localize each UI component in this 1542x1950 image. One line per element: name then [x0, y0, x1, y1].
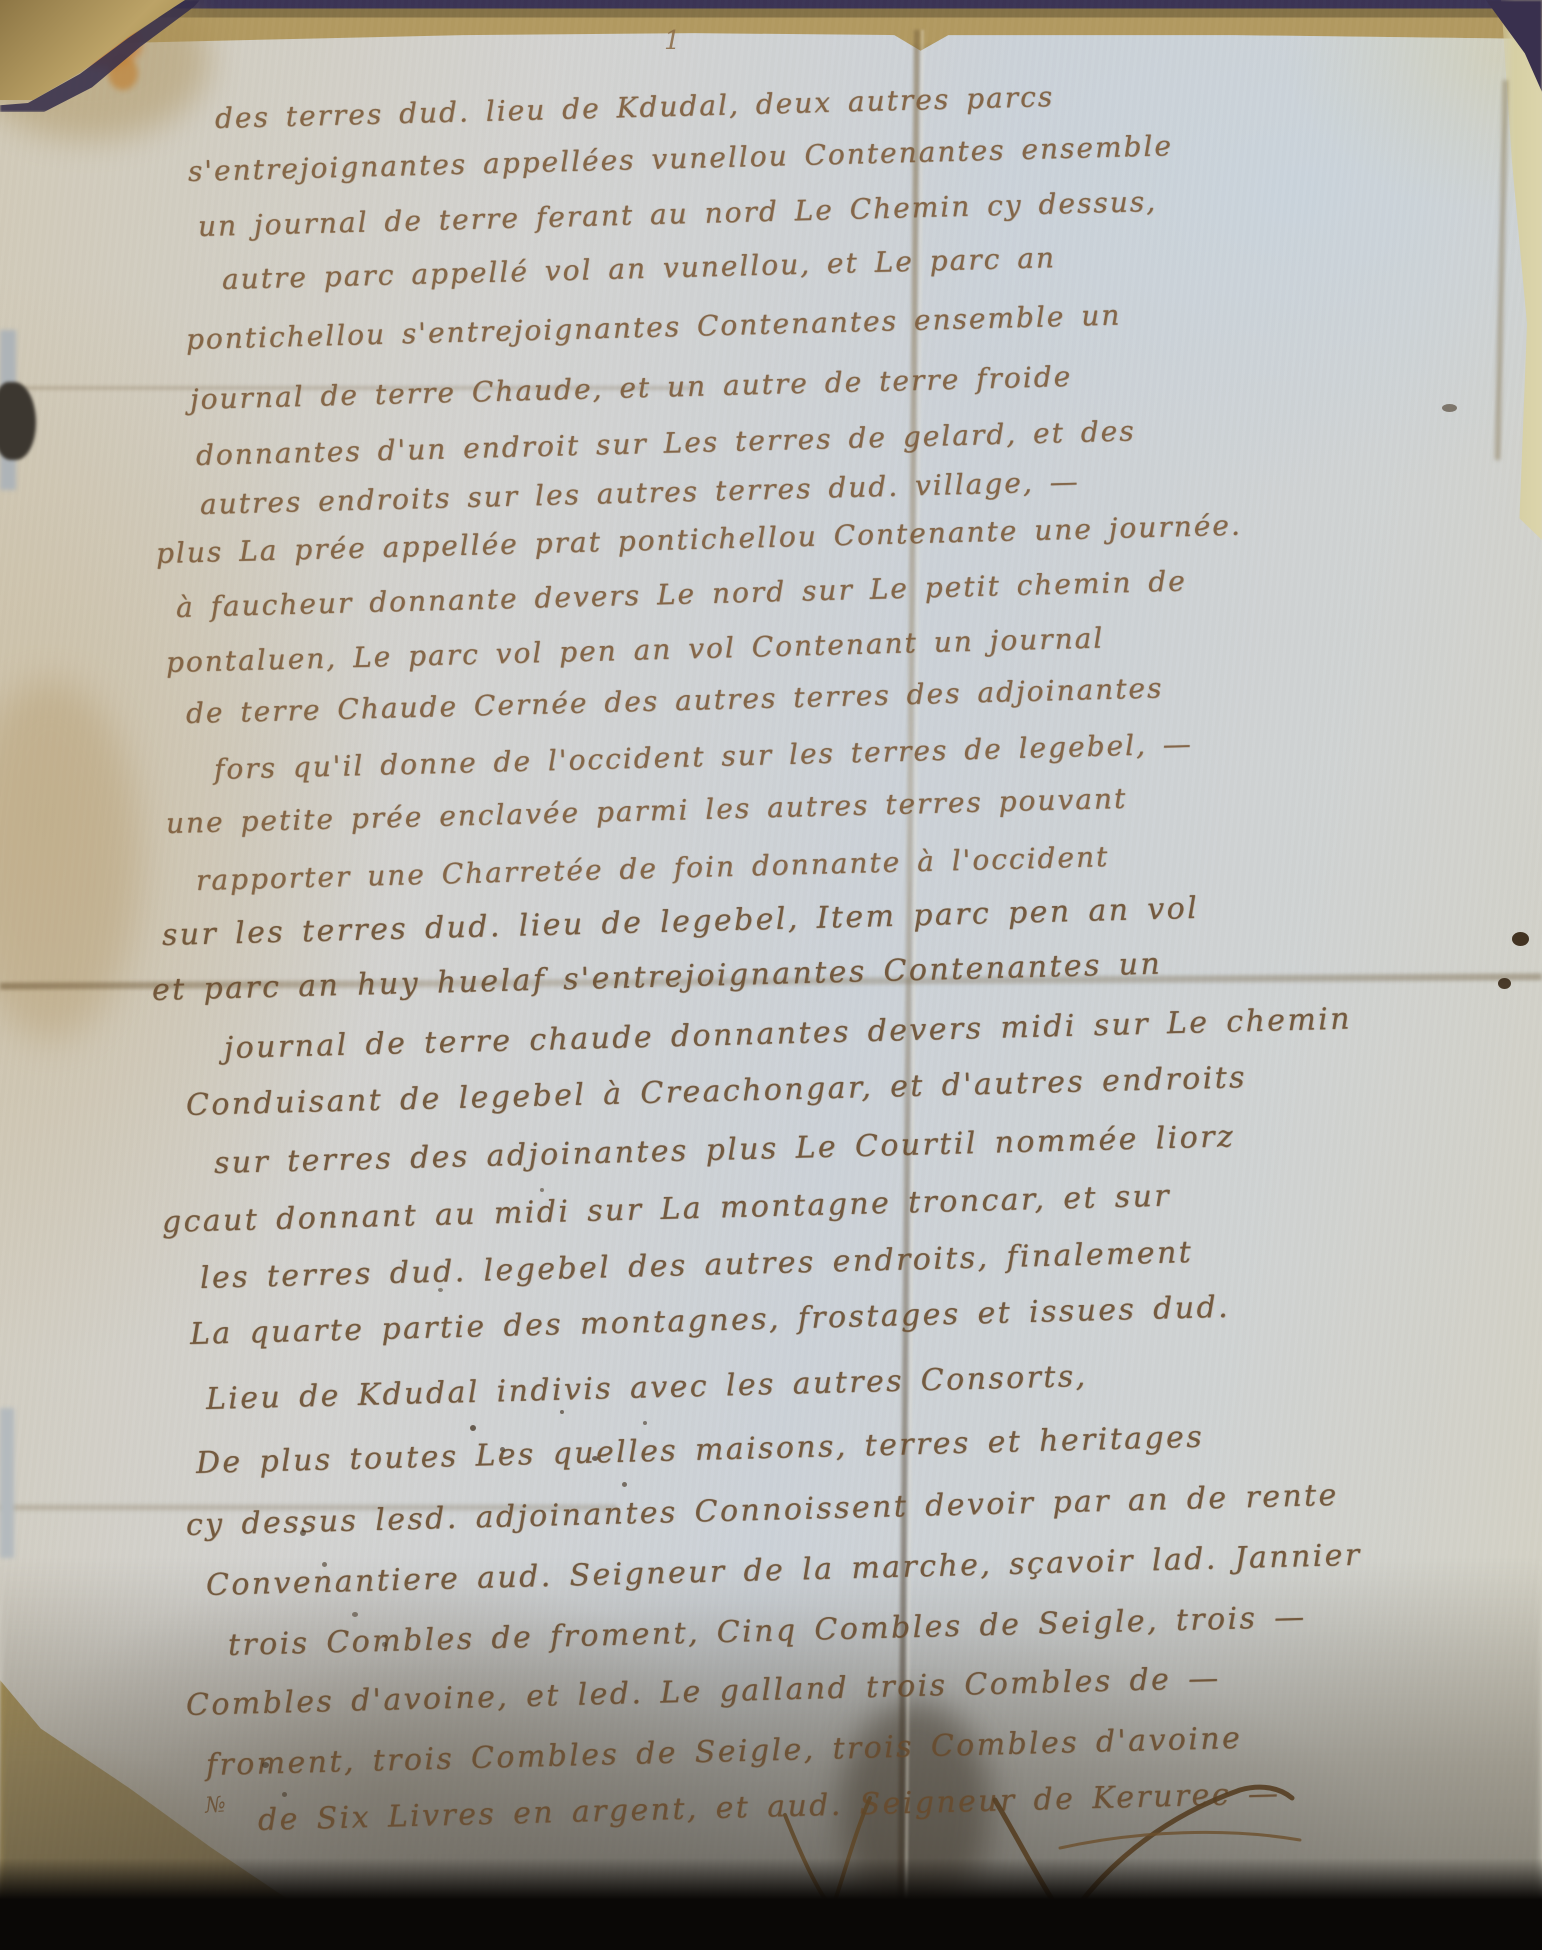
manuscript-line: La quarte partie des montagnes, frostage…: [190, 1293, 1231, 1350]
manuscript-line: sur terres des adjoinantes plus Le Court…: [214, 1122, 1236, 1179]
ink-speck: [500, 1447, 505, 1452]
manuscript-line: de terre Chaude Cernée des autres terres…: [186, 674, 1164, 728]
manuscript-line: et parc an huy huelaf s'entrejoignantes …: [152, 950, 1163, 1006]
margin-mark: №: [204, 1794, 226, 1817]
manuscript-line: à faucheur donnante devers Le nord sur L…: [176, 568, 1187, 622]
ink-speck: [1512, 932, 1529, 946]
background-sliver: [0, 1408, 14, 1558]
pen-flourish-underline: [1060, 1832, 1300, 1848]
manuscript-line: journal de terre Chaude, et un autre de …: [190, 363, 1073, 414]
ink-speck: [1498, 978, 1511, 989]
manuscript-line: cy dessus lesd. adjoinantes Connoissent …: [186, 1481, 1339, 1541]
table-shadow-band: [0, 1858, 1542, 1950]
ink-speck: [622, 1482, 627, 1487]
manuscript-line: sur les terres dud. lieu de legebel, Ite…: [162, 894, 1200, 951]
ink-speck: [322, 1562, 327, 1567]
ink-speck: [352, 1612, 358, 1617]
ink-speck: [262, 1762, 269, 1768]
ink-speck: [560, 1410, 564, 1414]
ink-speck: [1442, 404, 1457, 412]
manuscript-line: pontichellou s'entrejoignantes Contenant…: [186, 302, 1122, 354]
manuscript-line: s'entrejoignantes appellées vunellou Con…: [188, 132, 1174, 186]
manuscript-line: Convenantiere aud. Seigneur de la marche…: [206, 1541, 1362, 1601]
manuscript-line: Combles d'avoine, et led. Le galland tro…: [186, 1664, 1221, 1721]
manuscript-line: un journal de terre ferant au nord Le Ch…: [198, 188, 1158, 241]
manuscript-text: des terres dud. lieu de Kdudal, deux aut…: [0, 0, 1542, 1950]
manuscript-line: autres endroits sur les autres terres du…: [200, 468, 1080, 519]
manuscript-line: Conduisant de legebel à Creachongar, et …: [186, 1063, 1248, 1121]
ink-speck: [643, 1421, 647, 1425]
ink-speck: [300, 1530, 306, 1536]
ink-speck: [470, 1425, 476, 1431]
ink-speck: [382, 1642, 387, 1647]
manuscript-line: rapporter une Charretée de foin donnante…: [196, 843, 1110, 895]
manuscript-line: des terres dud. lieu de Kdudal, deux aut…: [215, 83, 1055, 133]
ink-speck: [438, 1288, 443, 1292]
manuscript-line: une petite prée enclavée parmi les autre…: [166, 785, 1128, 838]
manuscript-line: trois Combles de froment, Cinq Combles d…: [228, 1603, 1307, 1661]
ink-speck: [282, 1792, 287, 1797]
manuscript-line: autre parc appellé vol an vunellou, et L…: [222, 244, 1057, 294]
manuscript-line: De plus toutes Les quelles maisons, terr…: [196, 1423, 1205, 1479]
manuscript-line: plus La prée appellée prat pontichellou …: [156, 512, 1243, 568]
ink-speck: [540, 1188, 544, 1192]
manuscript-line: fors qu'il donne de l'occident sur les t…: [214, 730, 1194, 784]
manuscript-line: journal de terre chaude donnantes devers…: [224, 1004, 1353, 1064]
manuscript-photo: 1 des terres dud. lieu de Kdudal, deux a…: [0, 0, 1542, 1950]
manuscript-line: Lieu de Kdudal indivis avec les autres C…: [206, 1362, 1088, 1415]
manuscript-line: les terres dud. legebel des autres endro…: [200, 1238, 1194, 1294]
manuscript-line: donnantes d'un endroit sur Les terres de…: [196, 417, 1136, 470]
ink-speck: [592, 1456, 598, 1461]
manuscript-line: pontaluen, Le parc vol pen an vol Conten…: [166, 624, 1105, 677]
manuscript-line: gcaut donnant au midi sur La montagne tr…: [162, 1182, 1172, 1238]
